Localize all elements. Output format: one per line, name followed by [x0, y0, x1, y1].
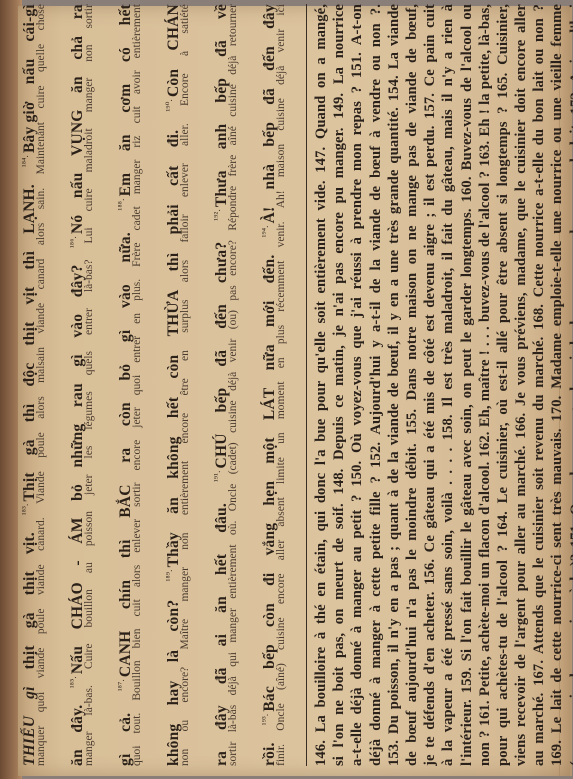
vietnamese-line: ănđây.¹⁸⁵.NấuCHÁO-ÁMbỏnhữngraugìvàođây?¹… — [64, 4, 82, 766]
vietnamese-line: khônghaylàcòn?¹⁸⁹.ThầyănkhônghếtcònTHỪAt… — [160, 4, 178, 766]
paragraph-line: 169. Le lait de cette nourrice-ci sent t… — [548, 4, 566, 766]
vietnamese-section: THIẾUgìthịtgàthịtvịt.¹⁸³.Thịtgàthìđộcthị… — [16, 4, 304, 766]
french-translation-section: 146. La bouilloire à thé en étain, qui d… — [312, 4, 573, 766]
paragraph-line: je te défends d'en acheter. 156. Ce gâte… — [421, 4, 439, 766]
paragraph-line: à la vapeur a été pressé sans soin, voil… — [439, 4, 457, 766]
paragraph-line: 153. Du poisson, il n'y en a pas ; quant… — [385, 4, 403, 766]
vietnamese-line: gìcả.¹⁸⁷.CANHchínthìBẮCracònbỏgìvàonữa.¹… — [112, 4, 130, 766]
vietnamese-word: là — [165, 650, 183, 662]
paragraph-line: de bœuf aujourd'hui n'a pas le moindre d… — [403, 4, 421, 766]
paragraph-line: 146. La bouilloire à thé en étain, qui d… — [312, 4, 330, 766]
vietnamese-line: rađâyđãaiănhếtđâu.¹⁹¹.CHÚbếpđãđếnchưa?¹⁹… — [208, 4, 226, 766]
paragraph-line: viens recevoir de l'argent pour aller au… — [512, 4, 530, 766]
paragraph-line: au marché. 167. Attends que le cuisinier… — [530, 4, 548, 766]
paragraph-line: si l'on ne boit pas, on meurt de soif. 1… — [330, 4, 348, 766]
paragraph-line: non ? 161. Petite, achète-moi un flacon … — [476, 4, 494, 766]
paragraph-line: déjà donné à manger à cette petite fille… — [367, 4, 385, 766]
paragraph-line: l'intérieur. 159. Si l'on fait bouillir … — [458, 4, 476, 766]
section-divider — [306, 4, 307, 766]
paragraph-line: (pour servir de nourrice sèche)? 171. Qu… — [567, 4, 573, 766]
rotated-page-content: THIẾUgìthịtgàthịtvịt.¹⁸³.Thịtgàthìđộcthị… — [8, 4, 548, 766]
vietnamese-line: rồi.¹⁹³.BácbếpcònđivắnghẹnmộtLÁTnữamớiđế… — [256, 4, 274, 766]
paragraph-line: a-t-elle déjà donné à manger au petit ? … — [348, 4, 366, 766]
french-gloss-line: sortirlà-basdéjàquimangerentièrementoù.O… — [226, 4, 240, 766]
paragraph-line: pour qui achètes-tu de l'alcool ? 164. L… — [494, 4, 512, 766]
vietnamese-line: THIẾUgìthịtgàthịtvịt.¹⁸³.Thịtgàthìđộcthị… — [16, 4, 34, 766]
